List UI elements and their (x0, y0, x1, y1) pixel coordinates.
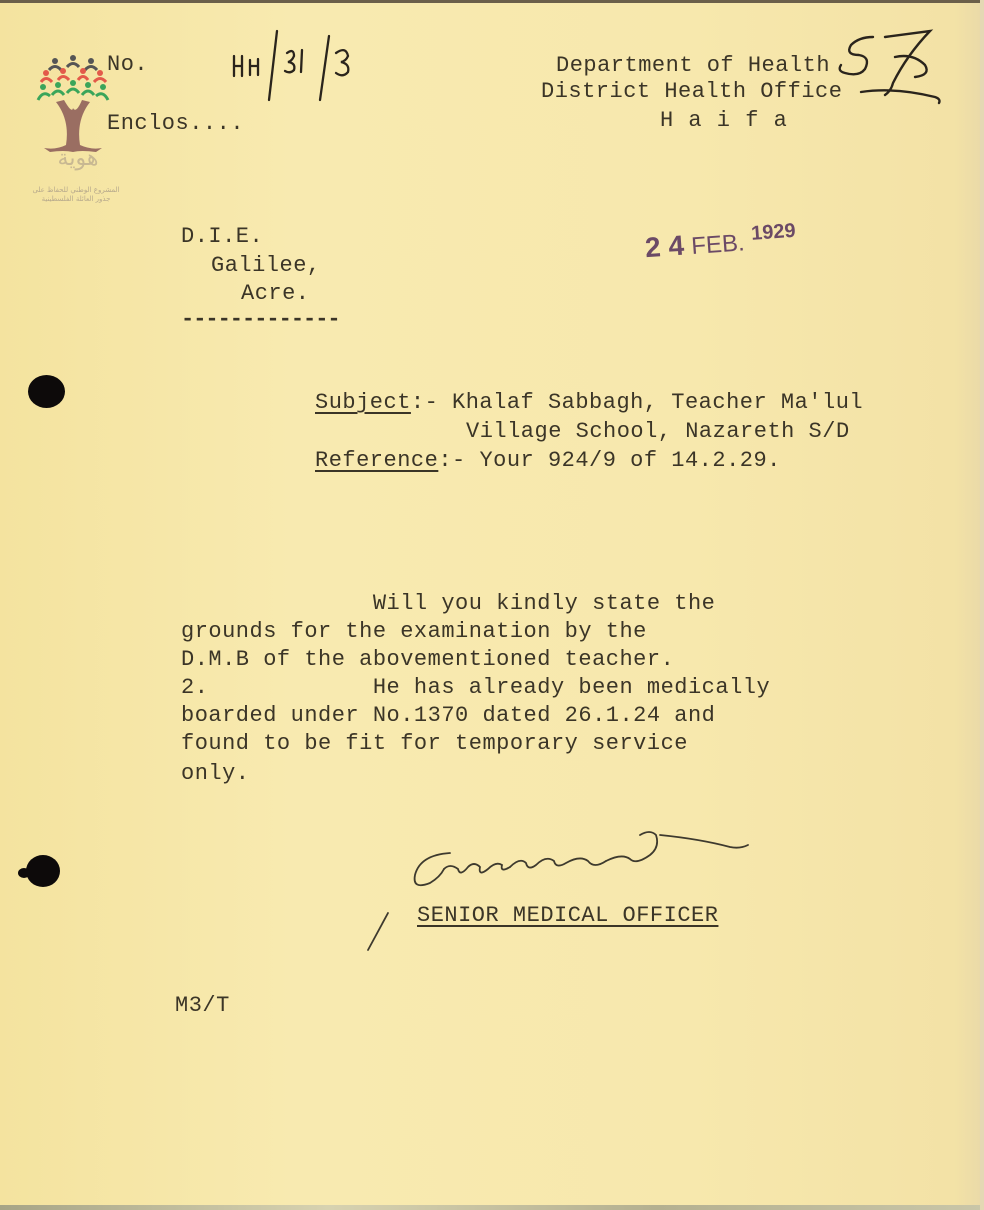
signature-scrawl (360, 825, 820, 955)
body-line-6: found to be fit for temporary service (181, 731, 688, 756)
signatory-title-text: SENIOR MEDICAL OFFICER (417, 903, 718, 928)
body-line-5: boarded under No.1370 dated 26.1.24 and (181, 703, 715, 728)
office-name: District Health Office (541, 79, 842, 104)
department-name: Department of Health (556, 53, 830, 78)
reference-line: Reference:- Your 924/9 of 14.2.29. (315, 448, 781, 473)
paper-right-edge (980, 0, 984, 1210)
subject-label: Subject (315, 390, 411, 415)
paper-top-edge (0, 0, 984, 3)
body-line-4: 2. He has already been medically (181, 675, 770, 700)
handwritten-folio-number (815, 25, 950, 110)
paper-bottom-edge (0, 1205, 984, 1210)
addressee-line2: Galilee, (211, 253, 321, 278)
subject-text-line1: Khalaf Sabbagh, Teacher Ma'lul (452, 390, 863, 415)
addressee-line3: Acre. (241, 281, 310, 306)
signatory-title: SENIOR MEDICAL OFFICER (417, 903, 718, 928)
footer-reference: M3/T (175, 993, 230, 1018)
subject-separator: :- (411, 390, 438, 415)
subject-line: Subject:- Khalaf Sabbagh, Teacher Ma'lul (315, 390, 863, 415)
subject-text-line2: Village School, Nazareth S/D (466, 419, 850, 444)
punch-hole-top (28, 375, 65, 408)
date-stamp-day: 2 4 (644, 230, 685, 264)
file-number-label: No. (107, 52, 148, 77)
addressee-line1: D.I.E. (181, 224, 263, 249)
body-line-3: D.M.B of the abovementioned teacher. (181, 647, 674, 672)
reference-separator: :- (438, 448, 465, 473)
punch-hole-bottom-tear (18, 868, 30, 878)
body-line-7: only. (181, 761, 250, 786)
date-stamp-year: 1929 (750, 220, 796, 245)
enclosures-label: Enclos.... (107, 111, 244, 136)
office-city: H a i f a (660, 108, 788, 133)
body-line-2: grounds for the examination by the (181, 619, 647, 644)
body-line-1: Will you kindly state the (181, 591, 715, 616)
punch-hole-bottom (26, 855, 60, 887)
date-stamp-month: FEB. (690, 229, 745, 260)
watermark-arabic-word: هوية (48, 146, 108, 171)
watermark-caption-line2: جذور العائلة الفلسطينية (30, 195, 122, 204)
watermark-caption: المشروع الوطني للحفاظ على جذور العائلة ا… (30, 186, 122, 204)
addressee-separator: ------------- (181, 307, 340, 332)
reference-label: Reference (315, 448, 438, 473)
handwritten-file-number (228, 28, 368, 103)
reference-text: Your 924/9 of 14.2.29. (479, 448, 780, 473)
watermark-caption-line1: المشروع الوطني للحفاظ على (30, 186, 122, 195)
